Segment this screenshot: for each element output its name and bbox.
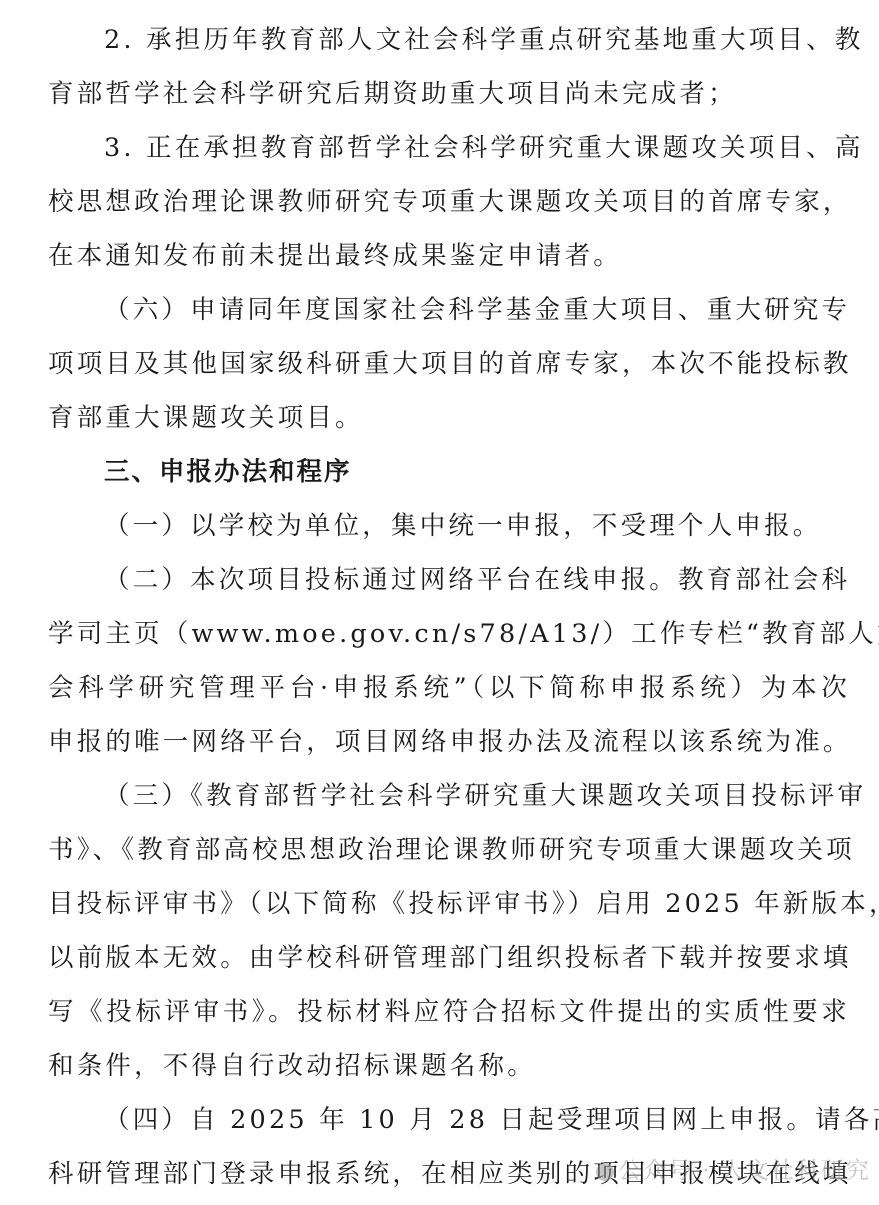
text-line: （六）申请同年度国家社会科学基金重大项目、重大研究专 bbox=[104, 295, 850, 325]
text-line: （四）自 2025 年 10 月 28 日起受理项目网上申报。请各高校 bbox=[104, 1105, 850, 1135]
text-line: 科研管理部门登录申报系统，在相应类别的项目申报模块在线填 bbox=[48, 1159, 850, 1189]
text-line: 项项目及其他国家级科研重大项目的首席专家，本次不能投标教 bbox=[48, 349, 850, 379]
document-page: 2. 承担历年教育部人文社会科学重点研究基地重大项目、教 育部哲学社会科学研究后… bbox=[0, 0, 879, 1205]
text-line: 写《投标评审书》。投标材料应符合招标文件提出的实质性要求 bbox=[48, 997, 850, 1027]
text-line: 2. 承担历年教育部人文社会科学重点研究基地重大项目、教 bbox=[104, 25, 850, 55]
text-line: 和条件，不得自行改动招标课题名称。 bbox=[48, 1051, 850, 1081]
text-line: （一）以学校为单位，集中统一申报，不受理个人申报。 bbox=[104, 511, 850, 541]
text-line: （二）本次项目投标通过网络平台在线申报。教育部社会科 bbox=[104, 565, 850, 595]
text-line: 申报的唯一网络平台，项目网络申报办法及流程以该系统为准。 bbox=[48, 727, 850, 757]
text-line: 书》、《教育部高校思想政治理论课教师研究专项重大课题攻关项 bbox=[48, 835, 850, 865]
text-line: 会科学研究管理平台·申报系统”（以下简称申报系统）为本次 bbox=[48, 673, 850, 703]
text-line: 目投标评审书》（以下简称《投标评审书》）启用 2025 年新版本， bbox=[48, 889, 850, 919]
text-line: 育部重大课题攻关项目。 bbox=[48, 403, 850, 433]
text-line: 以前版本无效。由学校科研管理部门组织投标者下载并按要求填 bbox=[48, 943, 850, 973]
text-line: 育部哲学社会科学研究后期资助重大项目尚未完成者； bbox=[48, 79, 850, 109]
text-line: 3. 正在承担教育部哲学社会科学研究重大课题攻关项目、高 bbox=[104, 133, 850, 163]
section-heading: 三、申报办法和程序 bbox=[104, 457, 850, 487]
text-line: （三）《教育部哲学社会科学研究重大课题攻关项目投标评审 bbox=[104, 781, 850, 811]
text-line: 学司主页（www.moe.gov.cn/s78/A13/）工作专栏“教育部人文社 bbox=[48, 619, 850, 649]
text-line: 校思想政治理论课教师研究专项重大课题攻关项目的首席专家， bbox=[48, 187, 850, 217]
text-line: 在本通知发布前未提出最终成果鉴定申请者。 bbox=[48, 241, 850, 271]
